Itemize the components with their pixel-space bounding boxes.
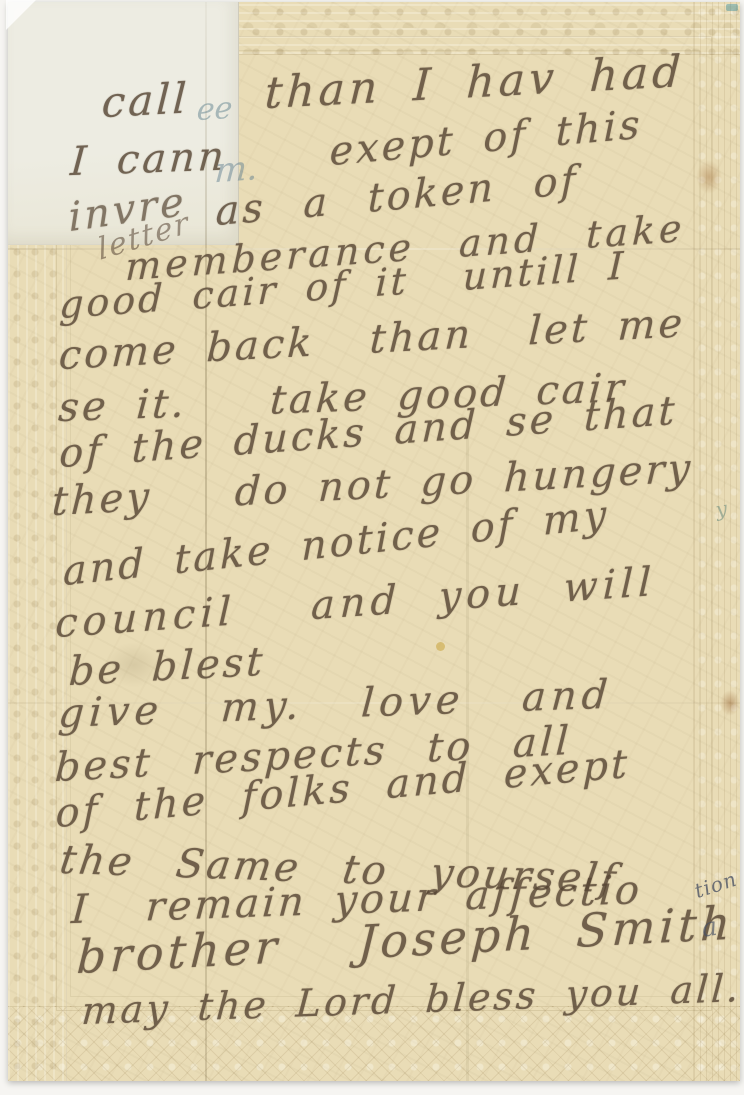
faded-word: m. <box>214 151 259 188</box>
faded-word: ee <box>196 94 234 127</box>
handwriting-line: call <box>101 77 191 124</box>
letter-scan: call than I hav had I cann exept of this… <box>0 0 744 1095</box>
paper-sheet: call than I hav had I cann exept of this… <box>8 2 740 1081</box>
torn-corner <box>6 0 36 30</box>
handwriting-line: I cann <box>69 137 228 183</box>
